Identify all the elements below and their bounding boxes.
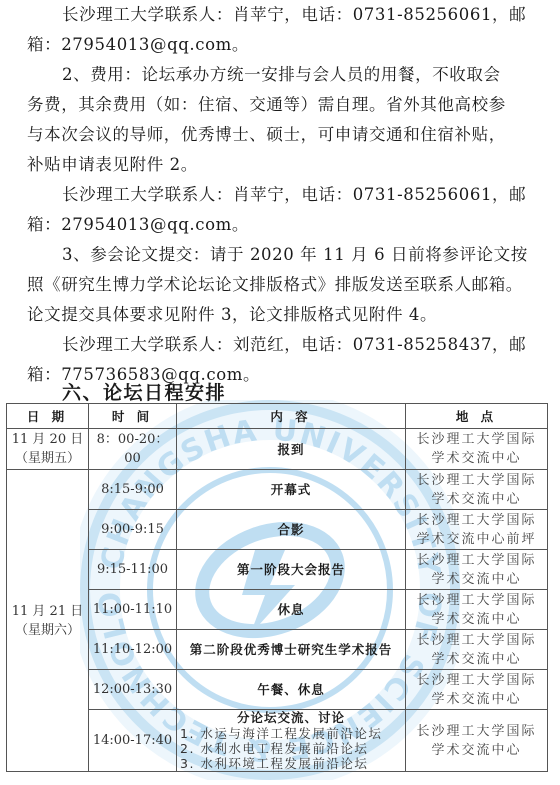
time-cell: 9:15-11:00 — [89, 550, 177, 590]
time-cell: 12:00-13:30 — [89, 670, 177, 710]
contact-line: 长沙理工大学联系人：刘范红，电话：0731-85258437，邮 — [27, 330, 533, 360]
table-row: 9:00-9:15 合影 长沙理工大学国际 学术交流中心前坪 — [7, 510, 548, 550]
date-cell: 11 月 20 日 （星期五） — [7, 429, 89, 470]
document-body: 长沙理工大学联系人：肖苹宁，电话：0731-85256061，邮 箱：27954… — [27, 0, 533, 390]
table-row: 12:00-13:30 午餐、休息 长沙理工大学国际 学术交流中心 — [7, 670, 548, 710]
place-line: 学术交流中心 — [406, 690, 547, 709]
submission-paragraph-line: 照《研究生博力学术论坛论文排版格式》排版发送至联系人邮箱。 — [27, 270, 533, 300]
weekday-text: （星期五） — [7, 449, 88, 468]
table-header-row: 日 期 时 间 内 容 地 点 — [7, 404, 548, 429]
content-title: 分论坛交流、讨论 — [177, 710, 405, 726]
place-line: 长沙理工大学国际 — [406, 631, 547, 650]
sub-forum-item: 2. 水利水电工程发展前沿论坛 — [180, 741, 405, 756]
header-time: 时 间 — [89, 404, 177, 429]
place-line: 长沙理工大学国际 — [406, 511, 547, 530]
place-cell: 长沙理工大学国际 学术交流中心 — [406, 670, 548, 710]
place-cell: 长沙理工大学国际 学术交流中心 — [406, 550, 548, 590]
place-line: 学术交流中心 — [406, 610, 547, 629]
table-row: 11 月 21 日 （星期六） 8:15-9:00 开幕式 长沙理工大学国际 学… — [7, 470, 548, 510]
time-cell: 9:00-9:15 — [89, 510, 177, 550]
date-cell: 11 月 21 日 （星期六） — [7, 470, 89, 772]
place-line: 学术交流中心 — [406, 741, 547, 760]
place-cell: 长沙理工大学国际 学术交流中心前坪 — [406, 510, 548, 550]
place-cell: 长沙理工大学国际 学术交流中心 — [406, 590, 548, 630]
time-cell: 14:00-17:40 — [89, 710, 177, 772]
schedule-table: 日 期 时 间 内 容 地 点 11 月 20 日 （星期五） 8：00-20：… — [6, 403, 548, 772]
date-text: 11 月 20 日 — [7, 430, 88, 449]
content-cell: 报到 — [177, 429, 406, 470]
place-cell: 长沙理工大学国际 学术交流中心 — [406, 630, 548, 670]
contact-email-line: 箱：27954013@qq.com。 — [27, 210, 533, 240]
place-line: 长沙理工大学国际 — [406, 551, 547, 570]
submission-paragraph-line: 3、参会论文提交：请于 2020 年 11 月 6 日前将参评论文按 — [27, 240, 533, 270]
place-cell: 长沙理工大学国际 学术交流中心 — [406, 429, 548, 470]
sub-forum-list: 1. 水运与海洋工程发展前沿论坛 2. 水利水电工程发展前沿论坛 3. 水利环境… — [177, 726, 405, 771]
time-cell: 11:00-11:10 — [89, 590, 177, 630]
table-row: 11:10-12:00 第二阶段优秀博士研究生学术报告 长沙理工大学国际 学术交… — [7, 630, 548, 670]
time-cell: 8：00-20：00 — [89, 429, 177, 470]
place-line: 学术交流中心 — [406, 490, 547, 509]
place-line: 学术交流中心 — [406, 650, 547, 669]
header-date: 日 期 — [7, 404, 89, 429]
time-cell: 11:10-12:00 — [89, 630, 177, 670]
table-row: 14:00-17:40 分论坛交流、讨论 1. 水运与海洋工程发展前沿论坛 2.… — [7, 710, 548, 772]
place-cell: 长沙理工大学国际 学术交流中心 — [406, 470, 548, 510]
table-row: 9:15-11:00 第一阶段大会报告 长沙理工大学国际 学术交流中心 — [7, 550, 548, 590]
content-cell: 第二阶段优秀博士研究生学术报告 — [177, 630, 406, 670]
place-line: 长沙理工大学国际 — [406, 591, 547, 610]
contact-email-line: 箱：27954013@qq.com。 — [27, 30, 533, 60]
fee-paragraph-line: 2、费用：论坛承办方统一安排与会人员的用餐，不收取会 — [27, 60, 533, 90]
section-heading: 六、论坛日程安排 — [62, 378, 226, 405]
contact-line: 长沙理工大学联系人：肖苹宁，电话：0731-85256061，邮 — [27, 0, 533, 30]
table-row: 11 月 20 日 （星期五） 8：00-20：00 报到 长沙理工大学国际 学… — [7, 429, 548, 470]
content-cell: 开幕式 — [177, 470, 406, 510]
sub-forum-item: 1. 水运与海洋工程发展前沿论坛 — [180, 726, 405, 741]
place-line: 长沙理工大学国际 — [406, 471, 547, 490]
place-line: 长沙理工大学国际 — [406, 671, 547, 690]
header-content: 内 容 — [177, 404, 406, 429]
content-cell: 第一阶段大会报告 — [177, 550, 406, 590]
date-text: 11 月 21 日 — [7, 602, 88, 621]
fee-paragraph-line: 补贴申请表见附件 2。 — [27, 150, 533, 180]
content-cell: 合影 — [177, 510, 406, 550]
place-line: 学术交流中心前坪 — [406, 530, 547, 549]
weekday-text: （星期六） — [7, 621, 88, 640]
fee-paragraph-line: 与本次会议的导师，优秀博士、硕士，可申请交通和住宿补贴， — [27, 120, 533, 150]
place-line: 长沙理工大学国际 — [406, 430, 547, 449]
fee-paragraph-line: 务费，其余费用（如：住宿、交通等）需自理。省外其他高校参 — [27, 90, 533, 120]
content-cell: 分论坛交流、讨论 1. 水运与海洋工程发展前沿论坛 2. 水利水电工程发展前沿论… — [177, 710, 406, 772]
table-row: 11:00-11:10 休息 长沙理工大学国际 学术交流中心 — [7, 590, 548, 630]
place-line: 学术交流中心 — [406, 570, 547, 589]
place-line: 长沙理工大学国际 — [406, 722, 547, 741]
submission-paragraph-line: 论文提交具体要求见附件 3，论文排版格式见附件 4。 — [27, 300, 533, 330]
contact-line: 长沙理工大学联系人：肖苹宁，电话：0731-85256061，邮 — [27, 180, 533, 210]
content-cell: 午餐、休息 — [177, 670, 406, 710]
sub-forum-item: 3. 水利环境工程发展前沿论坛 — [180, 756, 405, 771]
header-place: 地 点 — [406, 404, 548, 429]
time-cell: 8:15-9:00 — [89, 470, 177, 510]
place-line: 学术交流中心 — [406, 449, 547, 468]
content-cell: 休息 — [177, 590, 406, 630]
place-cell: 长沙理工大学国际 学术交流中心 — [406, 710, 548, 772]
